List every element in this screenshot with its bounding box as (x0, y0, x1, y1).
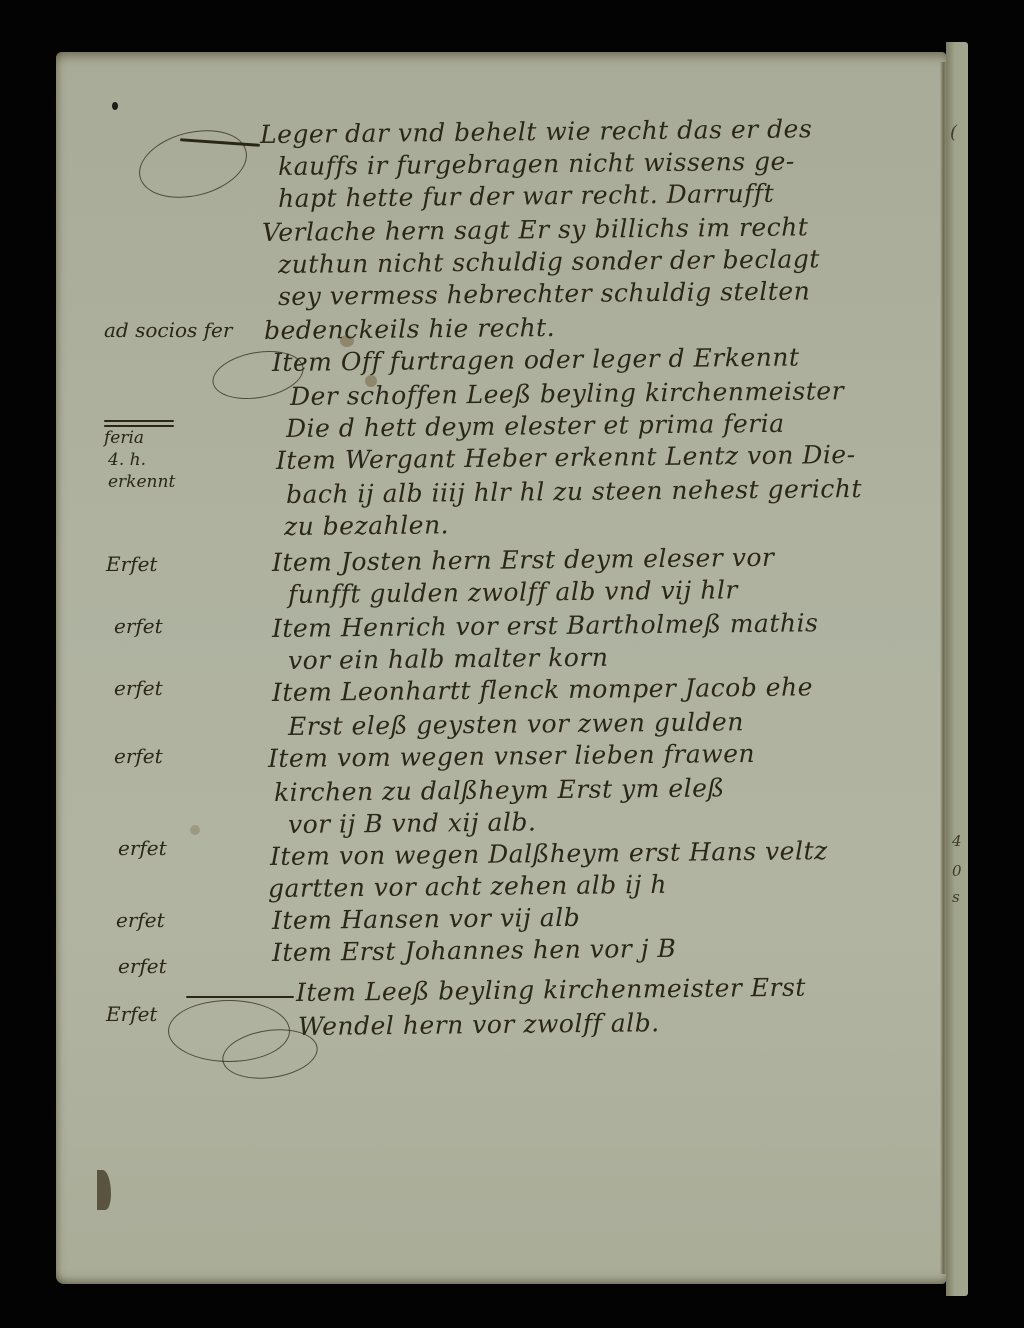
leaf-mark: ( (950, 122, 957, 143)
text-line: bedenckeils hie recht. (264, 313, 555, 345)
margin-rule (104, 420, 174, 422)
text-line: Item Wergant Heber erkennt Lentz von Die… (276, 440, 856, 475)
margin-note: erfet (118, 836, 167, 860)
text-line: funfft gulden zwolff alb vnd vij hlr (288, 575, 738, 609)
text-line: Der schoffen Leeß beyling kirchenmeister (290, 376, 844, 411)
margin-note: ad socios fer (104, 318, 232, 342)
leaf-mark: 4 (952, 832, 962, 850)
text-line: sey vermess hebrechter schuldig stelten (278, 276, 811, 311)
margin-note: erkennt (108, 472, 175, 492)
text-line: kirchen zu dalßheym Erst ym eleß (274, 773, 725, 807)
leaf-mark: 0 (952, 862, 962, 880)
text-line: Item von wegen Dalßheym erst Hans veltz (270, 836, 828, 871)
text-line: Item Erst Johannes hen vor j B (272, 934, 677, 967)
text-line: Item Henrich vor erst Bartholmeß mathis (272, 608, 819, 643)
leaf-mark: s (952, 888, 960, 906)
margin-note: Erfet (106, 552, 157, 576)
margin-note: erfet (116, 908, 165, 932)
text-line: Wendel hern vor zwolff alb. (298, 1008, 660, 1041)
margin-note: feria (104, 428, 144, 448)
text-line: Item Leonhartt flenck momper Jacob ehe (272, 672, 813, 707)
text-line: kauffs ir furgebragen nicht wissens ge- (278, 147, 795, 181)
text-line: Item Leeß beyling kirchenmeister Erst (296, 973, 806, 1007)
margin-note: 4. h. (108, 450, 146, 470)
text-line: Leger dar vnd behelt wie recht das er de… (260, 114, 813, 149)
text-line: zuthun nicht schuldig sonder der beclagt (278, 244, 820, 279)
text-line: Item Off furtragen oder leger d Erkennt (272, 342, 800, 377)
flourish-stroke (186, 996, 294, 998)
text-line: vor ij B vnd xij alb. (288, 807, 537, 839)
margin-note: erfet (114, 676, 163, 700)
text-line: Erst eleß geysten vor zwen gulden (288, 707, 744, 741)
margin-note: erfet (114, 744, 163, 768)
text-line: gartten vor acht zehen alb ij h (268, 870, 667, 903)
text-line: Item vom wegen vnser lieben frawen (268, 739, 755, 773)
margin-note: erfet (114, 614, 163, 638)
text-line: bach ij alb iiij hlr hl zu steen nehest … (286, 474, 862, 509)
text-line: hapt hette fur der war recht. Darrufft (278, 179, 774, 213)
text-line: vor ein halb malter korn (288, 643, 609, 675)
text-line: Item Hansen vor vij alb (272, 903, 580, 935)
text-line: Verlache hern sagt Er sy billichs im rec… (262, 212, 809, 247)
stain (190, 825, 200, 835)
margin-rule (104, 425, 174, 427)
margin-note: Erfet (106, 1002, 157, 1026)
ink-dot (112, 102, 118, 110)
text-line: Item Josten hern Erst deym eleser vor (272, 543, 775, 577)
text-line: zu bezahlen. (284, 510, 449, 541)
adjacent-leaf-edge: ( 4 0 s (946, 42, 968, 1296)
margin-note: erfet (118, 954, 167, 978)
text-line: Die d hett deym elester et prima feria (286, 409, 785, 443)
